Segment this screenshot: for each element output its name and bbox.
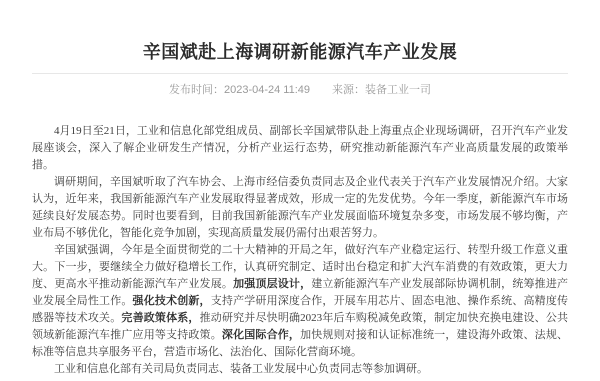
- text-segment-bold: 完善政策体系，: [121, 312, 199, 324]
- text-segment: 调研期间，辛国斌听取了汽车协会、上海市经信委负责同志及企业代表关于汽车产业发展情…: [32, 176, 568, 239]
- text-segment: 4月19日至21日，工业和信息化部党组成员、副部长辛国斌带队赴上海重点企业现场调…: [32, 125, 568, 171]
- meta-row: 发布时间：2023-04-24 11:49来源：装备工业一司: [32, 83, 568, 98]
- source-value: 装备工业一司: [365, 84, 431, 96]
- source: 来源：装备工业一司: [332, 84, 431, 96]
- article-paragraph: 调研期间，辛国斌听取了汽车协会、上海市经信委负责同志及企业代表关于汽车产业发展情…: [32, 174, 568, 242]
- text-segment-bold: 强化技术创新，: [133, 295, 211, 307]
- text-segment: 工业和信息化部有关司局负责同志、装备工业发展中心负责同志等参加调研。: [54, 363, 428, 375]
- article-title: 辛国斌赴上海调研新能源汽车产业发展: [32, 40, 568, 64]
- publish-time-label: 发布时间：: [169, 84, 224, 96]
- publish-time: 发布时间：2023-04-24 11:49: [169, 84, 310, 96]
- publish-time-value: 2023-04-24 11:49: [224, 84, 310, 96]
- title-divider: [32, 73, 568, 74]
- source-label: 来源：: [332, 84, 365, 96]
- text-segment-bold: 加强顶层设计，: [233, 278, 311, 290]
- article-paragraph: 4月19日至21日，工业和信息化部党组成员、副部长辛国斌带队赴上海重点企业现场调…: [32, 123, 568, 174]
- article: 辛国斌赴上海调研新能源汽车产业发展 发布时间：2023-04-24 11:49来…: [0, 0, 600, 378]
- article-paragraph: 工业和信息化部有关司局负责同志、装备工业发展中心负责同志等参加调研。: [32, 361, 568, 378]
- article-paragraph: 辛国斌强调，今年是全面贯彻党的二十大精神的开局之年，做好汽车产业稳定运行、转型升…: [32, 242, 568, 361]
- text-segment-bold: 深化国际合作，: [222, 329, 300, 341]
- article-page: 辛国斌赴上海调研新能源汽车产业发展 发布时间：2023-04-24 11:49来…: [0, 0, 600, 381]
- article-body: 4月19日至21日，工业和信息化部党组成员、副部长辛国斌带队赴上海重点企业现场调…: [32, 123, 568, 378]
